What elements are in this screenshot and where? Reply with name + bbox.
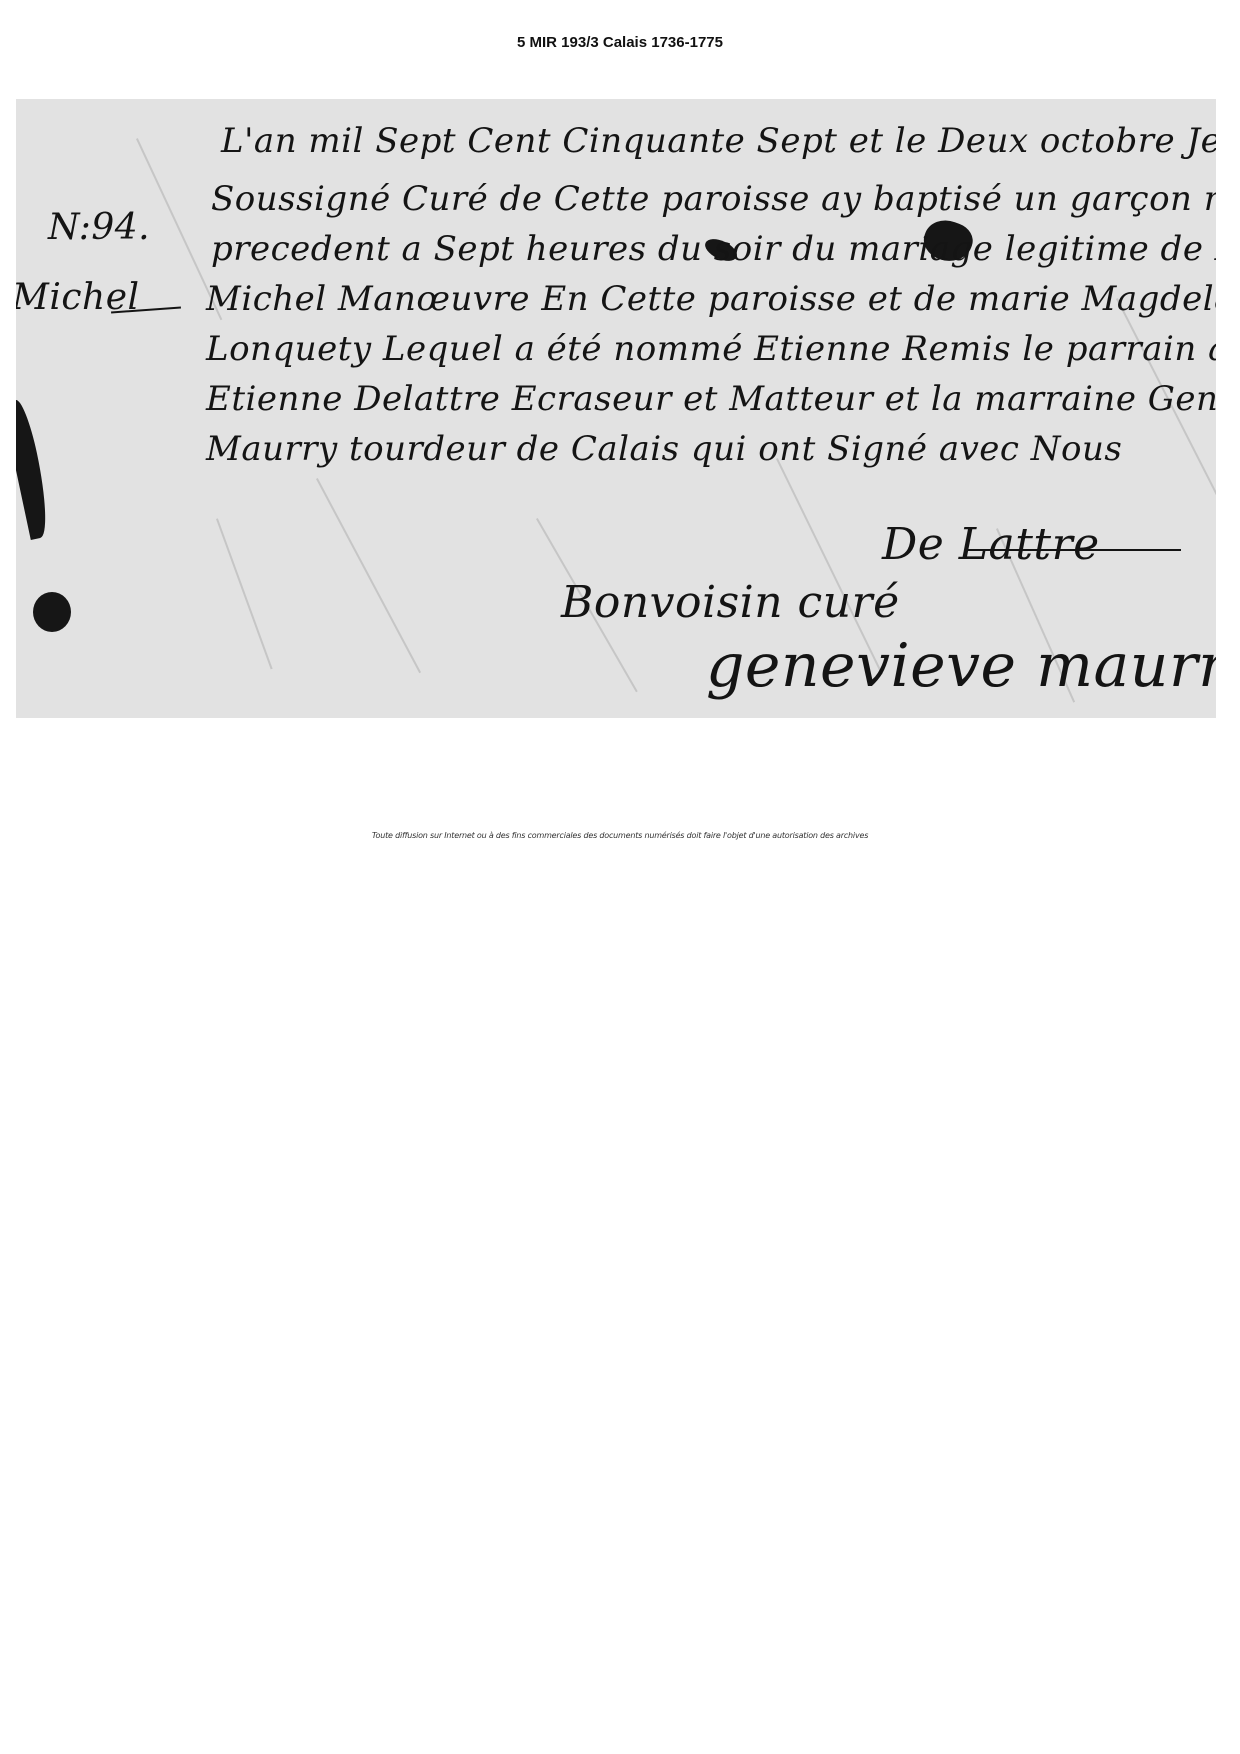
- register-line: Soussigné Curé de Cette paroisse ay bapt…: [211, 179, 1216, 219]
- paper-streak: [216, 518, 273, 669]
- ink-blot: [16, 398, 54, 540]
- copyright-notice: Toute diffusion sur Internet ou à des fi…: [0, 831, 1240, 840]
- signature-underline: [966, 549, 1181, 551]
- signature-bonvoisin: Bonvoisin curé: [561, 577, 900, 628]
- register-line: Michel Manœuvre En Cette paroisse et de …: [206, 279, 1216, 319]
- register-line: L'an mil Sept Cent Cinquante Sept et le …: [221, 121, 1216, 161]
- register-scan-image: N:94. Michel L'an mil Sept Cent Cinquant…: [16, 99, 1216, 718]
- page-title: 5 MIR 193/3 Calais 1736-1775: [0, 34, 1240, 51]
- ink-blot: [33, 592, 71, 632]
- register-line: Lonquety Lequel a été nommé Etienne Remi…: [206, 329, 1216, 369]
- margin-entry-number: N:94.: [48, 207, 150, 248]
- paper-streak: [316, 478, 421, 673]
- register-line: Maurry tourdeur de Calais qui ont Signé …: [206, 429, 1122, 469]
- signature-delattre: De Lattre: [882, 519, 1100, 570]
- signature-genevieve-maurry: genevieve maurry: [706, 631, 1216, 701]
- register-line: precedent a Sept heures du soir du maria…: [211, 229, 1216, 269]
- register-line: Etienne Delattre Ecraseur et Matteur et …: [206, 379, 1216, 419]
